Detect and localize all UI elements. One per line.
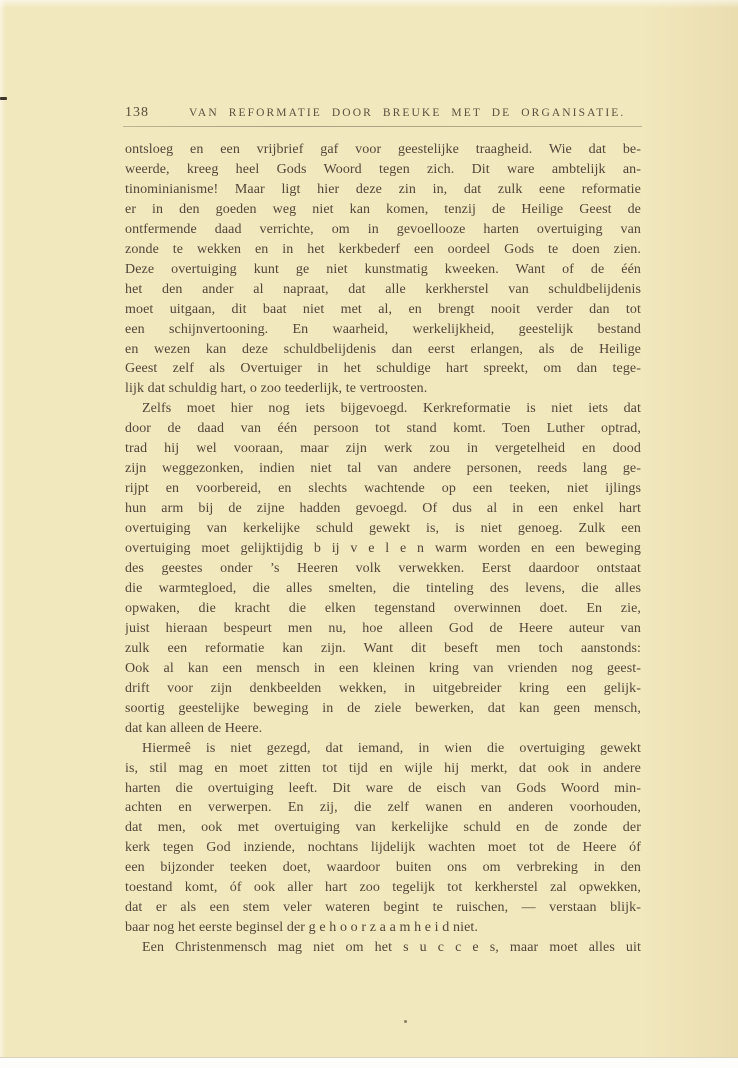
text-line: achten en verwerpen. En zij, die zelf wa… xyxy=(125,798,641,818)
text-line: baar nog het eerste beginsel der g e h o… xyxy=(125,918,641,938)
text-line: zijn weggezonken, indien niet tal van an… xyxy=(125,459,641,479)
text-line: en wezen kan deze schuldbelijdenis dan e… xyxy=(125,340,641,360)
text-line: Ook al kan een mensch in een kleinen kri… xyxy=(125,659,641,679)
text-line: zonde te wekken en in het kerkbederf een… xyxy=(125,240,641,260)
text-line: toestand komt, óf ook aller hart zoo teg… xyxy=(125,878,641,898)
ink-dot-artifact xyxy=(404,1020,407,1023)
text-line: weerde, kreeg heel Gods Woord tegen zich… xyxy=(125,160,641,180)
text-line: tinominianisme! Maar ligt hier deze zin … xyxy=(125,180,641,200)
text-line: door de daad van één persoon tot stand k… xyxy=(125,419,641,439)
text-line: er in den goeden weg niet kan komen, ten… xyxy=(125,200,641,220)
text-line: rijpt en voorbereid, en slechts wachtend… xyxy=(125,479,641,499)
text-line: drift voor zijn denkbeelden wekken, in u… xyxy=(125,679,641,699)
text-line: is, stil mag en moet zitten tot tijd en … xyxy=(125,759,641,779)
text-line: dat kan alleen de Heere. xyxy=(125,719,641,739)
text-line: het den ander al napraat, dat alle kerkh… xyxy=(125,280,641,300)
text-line: juist hieraan bespeurt men nu, hoe allee… xyxy=(125,619,641,639)
scan-bottom-edge xyxy=(0,1057,738,1068)
text-line: Geest zelf als Overtuiger in het schuldi… xyxy=(125,359,641,379)
text-line: Hiermeê is niet gezegd, dat iemand, in w… xyxy=(125,739,641,759)
text-line: kerk tegen God inziende, nochtans lijdel… xyxy=(125,838,641,858)
text-line: hun arm bij de zijne hadden gevoegd. Of … xyxy=(125,499,641,519)
page-header: 138VAN REFORMATIE DOOR BREUKE MET DE ORG… xyxy=(125,103,641,121)
text-line: Deze overtuiging kunt ge niet kunstmatig… xyxy=(125,260,641,280)
text-line: Zelfs moet hier nog iets bijgevoegd. Ker… xyxy=(125,399,641,419)
page-body: ontsloeg en een vrijbrief gaf voor geest… xyxy=(125,140,641,958)
text-line: des geestes onder ’s Heeren volk verwekk… xyxy=(125,559,641,579)
text-line: lijk dat schuldig hart, o zoo teederlijk… xyxy=(125,379,641,399)
text-line: die warmtegloed, die alles smelten, die … xyxy=(125,579,641,599)
text-line: dat men, ook met overtuiging van kerkeli… xyxy=(125,818,641,838)
text-line: dat er als een stem veler wateren begint… xyxy=(125,898,641,918)
book-page: 138VAN REFORMATIE DOOR BREUKE MET DE ORG… xyxy=(0,0,738,1068)
text-line: een schijnvertooning. En waarheid, werke… xyxy=(125,320,641,340)
text-line: opwaken, die kracht die elken tegenstand… xyxy=(125,599,641,619)
page-number: 138 xyxy=(125,105,149,120)
left-edge-mark xyxy=(0,97,7,100)
text-line: ontsloeg en een vrijbrief gaf voor geest… xyxy=(125,140,641,160)
text-line: soortig geestelijke beweging in de ziele… xyxy=(125,699,641,719)
text-line: Een Christenmensch mag niet om het s u c… xyxy=(125,938,641,958)
text-line: zulk een reformatie kan zijn. Want dit b… xyxy=(125,639,641,659)
text-line: een bijzonder teeken doet, waardoor buit… xyxy=(125,858,641,878)
text-line: trad hij wel vooraan, maar zijn werk zou… xyxy=(125,439,641,459)
text-line: moet uitgaan, dit baat niet met al, en b… xyxy=(125,300,641,320)
text-line: overtuiging van kerkelijke schuld gewekt… xyxy=(125,519,641,539)
text-line: ontfermende daad verrichte, om in gevoel… xyxy=(125,220,641,240)
header-rule xyxy=(123,126,642,127)
text-line: overtuiging moet gelijktijdig b ij v e l… xyxy=(125,539,641,559)
text-line: harten die overtuiging leeft. Dit ware d… xyxy=(125,779,641,799)
running-title: VAN REFORMATIE DOOR BREUKE MET DE ORGANI… xyxy=(189,107,625,119)
